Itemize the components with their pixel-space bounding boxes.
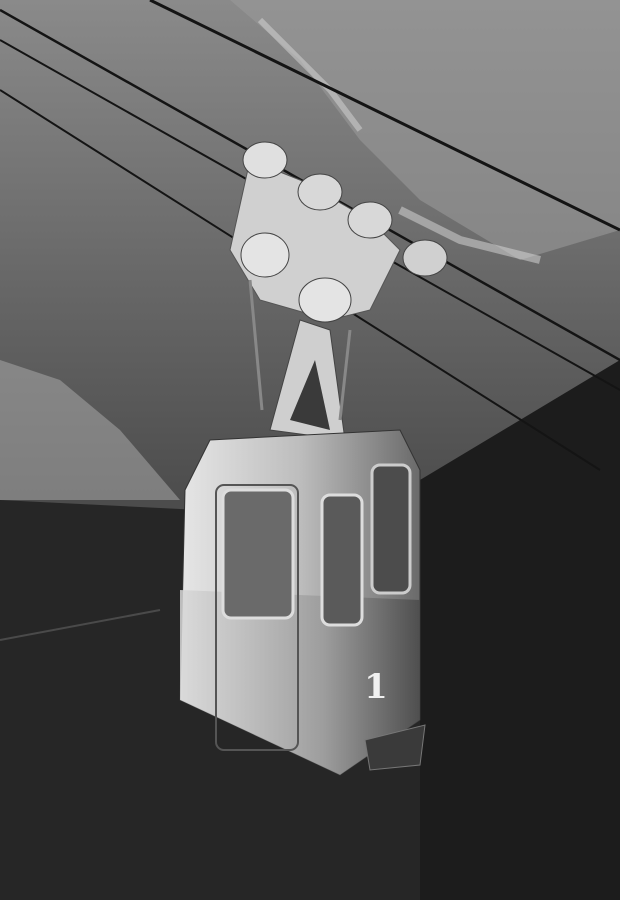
gondola-number: 1 — [364, 667, 388, 707]
gondola-cabin: 1 — [180, 430, 425, 775]
door-window — [223, 490, 293, 618]
side-window — [372, 465, 410, 593]
photo-frame: 1 — [0, 0, 620, 900]
cable-car-scene: 1 — [0, 0, 620, 900]
side-window — [322, 495, 362, 625]
